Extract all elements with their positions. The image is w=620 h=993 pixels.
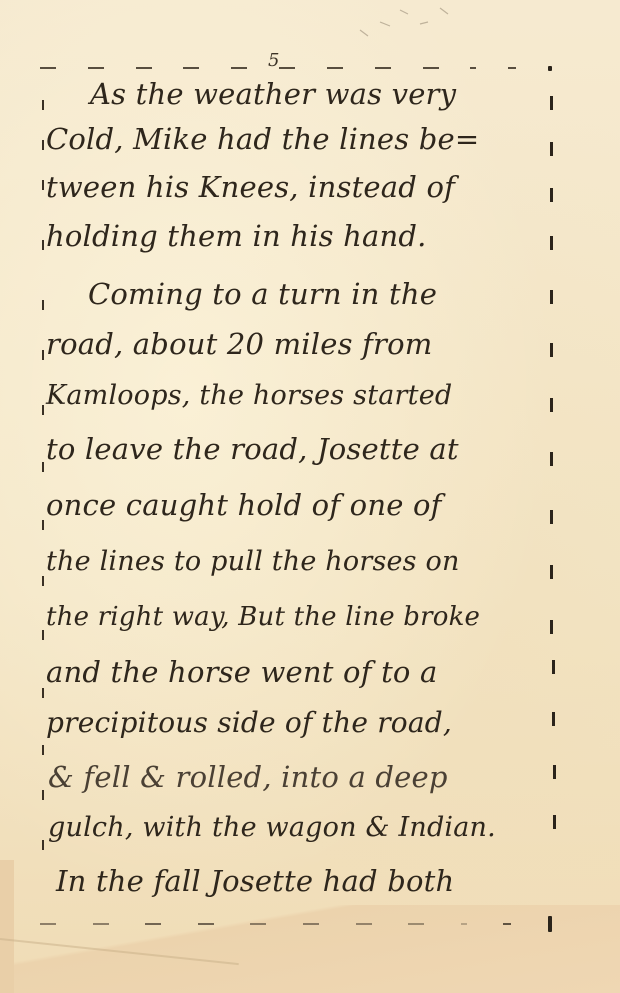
right-border-tick xyxy=(552,660,555,674)
ink-smudge-decoration xyxy=(350,0,470,40)
right-border-tick xyxy=(550,142,553,156)
border-dash xyxy=(40,923,56,925)
left-border-tick xyxy=(42,790,44,800)
left-border-tick xyxy=(42,100,44,110)
left-border-tick xyxy=(42,240,44,250)
left-border-tick xyxy=(42,462,44,472)
text-line: Cold, Mike had the lines be= xyxy=(46,122,479,156)
right-border-tick xyxy=(550,565,553,579)
left-border-tick xyxy=(42,520,44,530)
left-border-tick xyxy=(42,350,44,360)
right-border-tick xyxy=(550,398,553,412)
text-line: holding them in his hand. xyxy=(46,219,427,253)
text-line: road, about 20 miles from xyxy=(46,327,432,361)
left-border-tick xyxy=(42,688,44,698)
text-line: tween his Knees, instead of xyxy=(46,170,455,204)
paper-edge-stain xyxy=(0,860,14,993)
bottom-dashed-border xyxy=(40,922,552,926)
border-dash xyxy=(40,67,56,69)
left-border-tick xyxy=(42,140,44,150)
border-dash xyxy=(231,67,247,69)
top-dashed-border xyxy=(40,66,552,70)
right-border-tick xyxy=(552,712,555,726)
text-line: and the horse went of to a xyxy=(46,655,438,689)
page-number: 5 xyxy=(268,50,279,71)
right-border-tick xyxy=(550,290,553,304)
border-dash xyxy=(375,67,391,69)
text-line: & fell & rolled, into a deep xyxy=(48,760,448,794)
border-dash xyxy=(136,67,152,69)
text-line: As the weather was very xyxy=(90,77,456,111)
right-border-tick xyxy=(550,236,553,250)
border-dash xyxy=(408,923,424,925)
border-dash xyxy=(461,923,467,925)
text-line: precipitous side of the road, xyxy=(46,706,452,739)
border-corner xyxy=(548,916,552,932)
text-line: the right way, But the line broke xyxy=(46,602,480,632)
text-line: to leave the road, Josette at xyxy=(46,432,459,466)
left-border-tick xyxy=(42,630,44,640)
right-border-tick xyxy=(550,96,553,110)
right-border-tick xyxy=(550,188,553,202)
border-dash xyxy=(327,67,343,69)
border-dash xyxy=(356,923,372,925)
left-border-tick xyxy=(42,405,44,415)
manuscript-page: 5 As the weather was very Cold, Mike had… xyxy=(0,0,620,993)
text-line: In the fall Josette had both xyxy=(56,864,454,898)
right-border-tick xyxy=(550,510,553,524)
border-dash xyxy=(279,67,295,69)
border-dash xyxy=(145,923,161,925)
border-dash xyxy=(303,923,319,925)
text-line: Coming to a turn in the xyxy=(88,277,437,311)
left-border-tick xyxy=(42,840,44,850)
left-border-tick xyxy=(42,180,44,190)
text-line: once caught hold of one of xyxy=(46,488,442,522)
border-dash xyxy=(250,923,266,925)
text-line: Kamloops, the horses started xyxy=(46,380,452,411)
border-dash xyxy=(470,67,476,69)
left-border-tick xyxy=(42,300,44,310)
left-border-tick xyxy=(42,745,44,755)
right-border-tick xyxy=(550,452,553,466)
right-border-tick xyxy=(553,815,556,829)
left-border-tick xyxy=(42,576,44,586)
border-dash xyxy=(423,67,439,69)
right-border-tick xyxy=(553,765,556,779)
border-corner xyxy=(548,66,552,71)
border-dash xyxy=(503,923,511,925)
text-line: gulch, with the wagon & Indian. xyxy=(48,812,496,843)
border-dash xyxy=(88,67,104,69)
border-dash xyxy=(183,67,199,69)
border-dash xyxy=(508,67,516,69)
border-dash xyxy=(93,923,109,925)
right-border-tick xyxy=(550,343,553,357)
text-line: the lines to pull the horses on xyxy=(46,546,460,577)
right-border-tick xyxy=(550,620,553,634)
border-dash xyxy=(198,923,214,925)
